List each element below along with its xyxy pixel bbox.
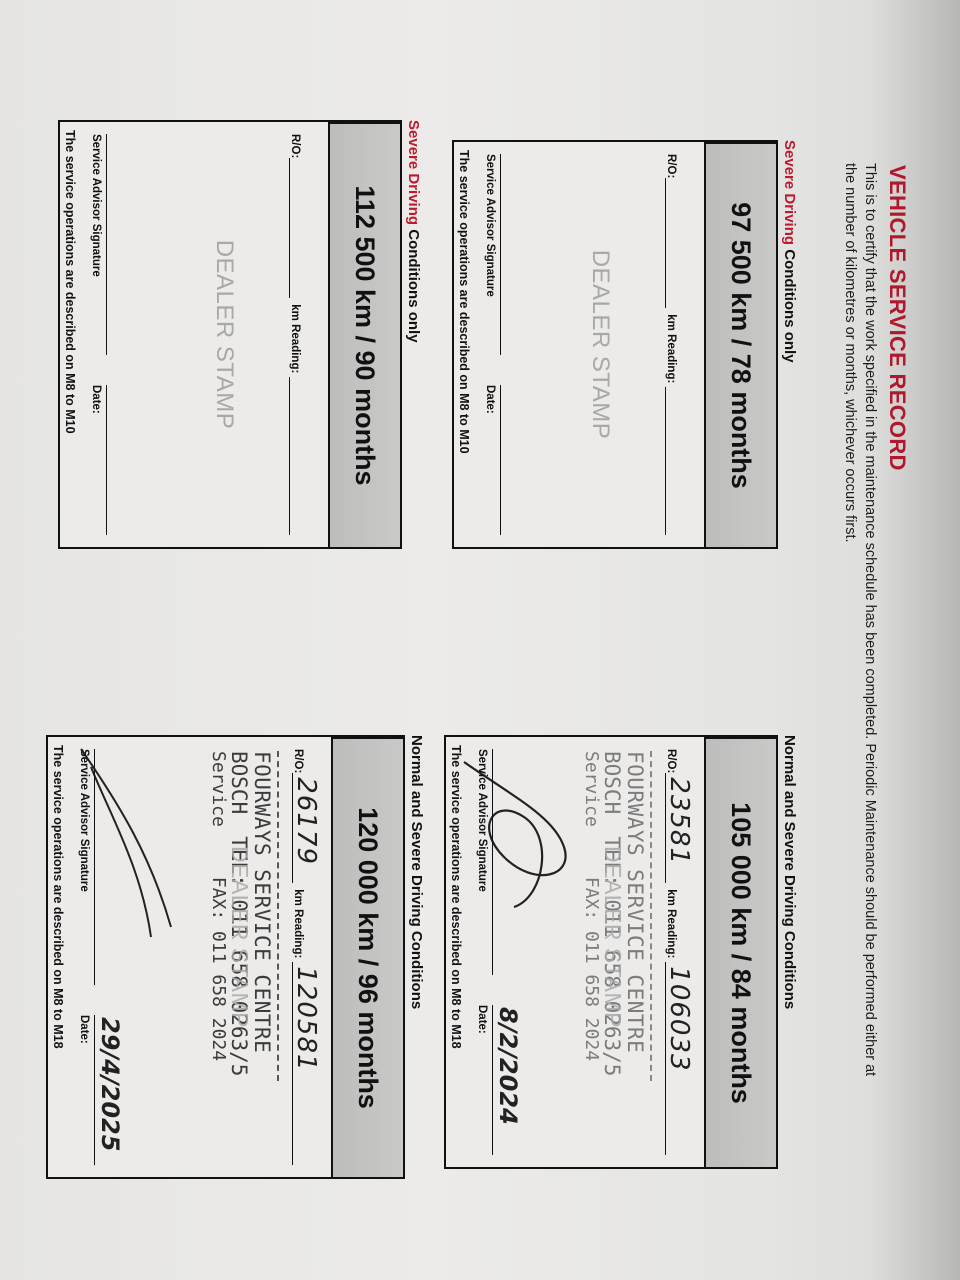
service-card-120000: 120 000 km / 96 months R/O: 26179 km Rea… bbox=[46, 735, 405, 1179]
interval-heading: 112 500 km / 90 months bbox=[328, 122, 400, 547]
signature-field[interactable]: Service Advisor Signature bbox=[484, 154, 501, 355]
section-label-105000: Normal and Severe Driving Conditions bbox=[781, 735, 798, 1009]
ro-field[interactable] bbox=[289, 158, 316, 298]
signature-field[interactable]: Service Advisor Signature bbox=[78, 749, 95, 985]
footnote: The service operations are described on … bbox=[63, 130, 77, 434]
km-reading-field[interactable]: 120581 bbox=[292, 962, 319, 1165]
ro-km-row: R/O: 26179 km Reading: 120581 bbox=[292, 749, 319, 1165]
km-reading-field[interactable] bbox=[665, 387, 692, 535]
date-field[interactable]: Date:8/2/2024 bbox=[476, 1005, 493, 1155]
signature-field[interactable]: Service Advisor Signature bbox=[476, 749, 493, 975]
footnote: The service operations are described on … bbox=[457, 150, 471, 454]
footnote: The service operations are described on … bbox=[51, 745, 65, 1049]
signature-row: Service Advisor Signature Date:8/2/2024 bbox=[476, 749, 493, 1155]
dealer-stamp-placeholder: DEALER STAMP bbox=[210, 122, 238, 547]
footnote: The service operations are described on … bbox=[449, 745, 463, 1049]
km-reading-field[interactable]: 106033 bbox=[665, 962, 692, 1155]
interval-heading: 120 000 km / 96 months bbox=[331, 737, 403, 1177]
dealer-stamp-placeholder: DEALER STAMP bbox=[586, 142, 614, 547]
ro-field[interactable]: 23581 bbox=[665, 773, 692, 883]
date-field[interactable]: Date:29/4/2025 bbox=[78, 1015, 95, 1165]
page-title: VEHICLE SERVICE RECORD bbox=[884, 165, 910, 471]
service-record-page: VEHICLE SERVICE RECORD This is to certif… bbox=[0, 0, 960, 1280]
ro-field[interactable]: 26179 bbox=[292, 773, 319, 883]
intro-line-2: the number of kilometres or months, whic… bbox=[840, 163, 860, 1263]
signature-row: Service Advisor Signature Date: bbox=[90, 134, 107, 535]
intro-line-1: This is to certify that the work specifi… bbox=[860, 163, 880, 1263]
intro-text: This is to certify that the work specifi… bbox=[840, 163, 880, 1263]
ro-km-row: R/O: km Reading: bbox=[665, 154, 692, 535]
service-card-105000: 105 000 km / 84 months R/O: 23581 km Rea… bbox=[444, 735, 778, 1169]
section-label-120000: Normal and Severe Driving Conditions bbox=[408, 735, 425, 1009]
km-reading-field[interactable] bbox=[289, 377, 316, 535]
date-field[interactable]: Date: bbox=[90, 385, 107, 535]
service-card-112500: 112 500 km / 90 months R/O: km Reading: … bbox=[58, 120, 402, 549]
section-label-112500: Severe Driving Conditions only bbox=[405, 120, 422, 343]
signature-field[interactable]: Service Advisor Signature bbox=[90, 134, 107, 355]
advisor-signature-scribble bbox=[444, 757, 574, 917]
signature-row: Service Advisor Signature Date:29/4/2025 bbox=[78, 749, 95, 1165]
ro-km-row: R/O: km Reading: bbox=[289, 134, 316, 535]
signature-row: Service Advisor Signature Date: bbox=[484, 154, 501, 535]
interval-heading: 105 000 km / 84 months bbox=[704, 737, 776, 1167]
ro-field[interactable] bbox=[665, 178, 692, 308]
interval-heading: 97 500 km / 78 months bbox=[704, 142, 776, 547]
dealer-stamp: FOURWAYS SERVICE CENTRE BOSCHTEL: 011 65… bbox=[581, 751, 652, 1111]
ro-km-row: R/O: 23581 km Reading: 106033 bbox=[665, 749, 692, 1155]
date-field[interactable]: Date: bbox=[484, 385, 501, 535]
dealer-stamp: FOURWAYS SERVICE CENTRE BOSCHTEL: 011 65… bbox=[208, 751, 279, 1111]
section-label-97500: Severe Driving Conditions only bbox=[781, 140, 798, 363]
service-card-97500: 97 500 km / 78 months R/O: km Reading: D… bbox=[452, 140, 778, 549]
